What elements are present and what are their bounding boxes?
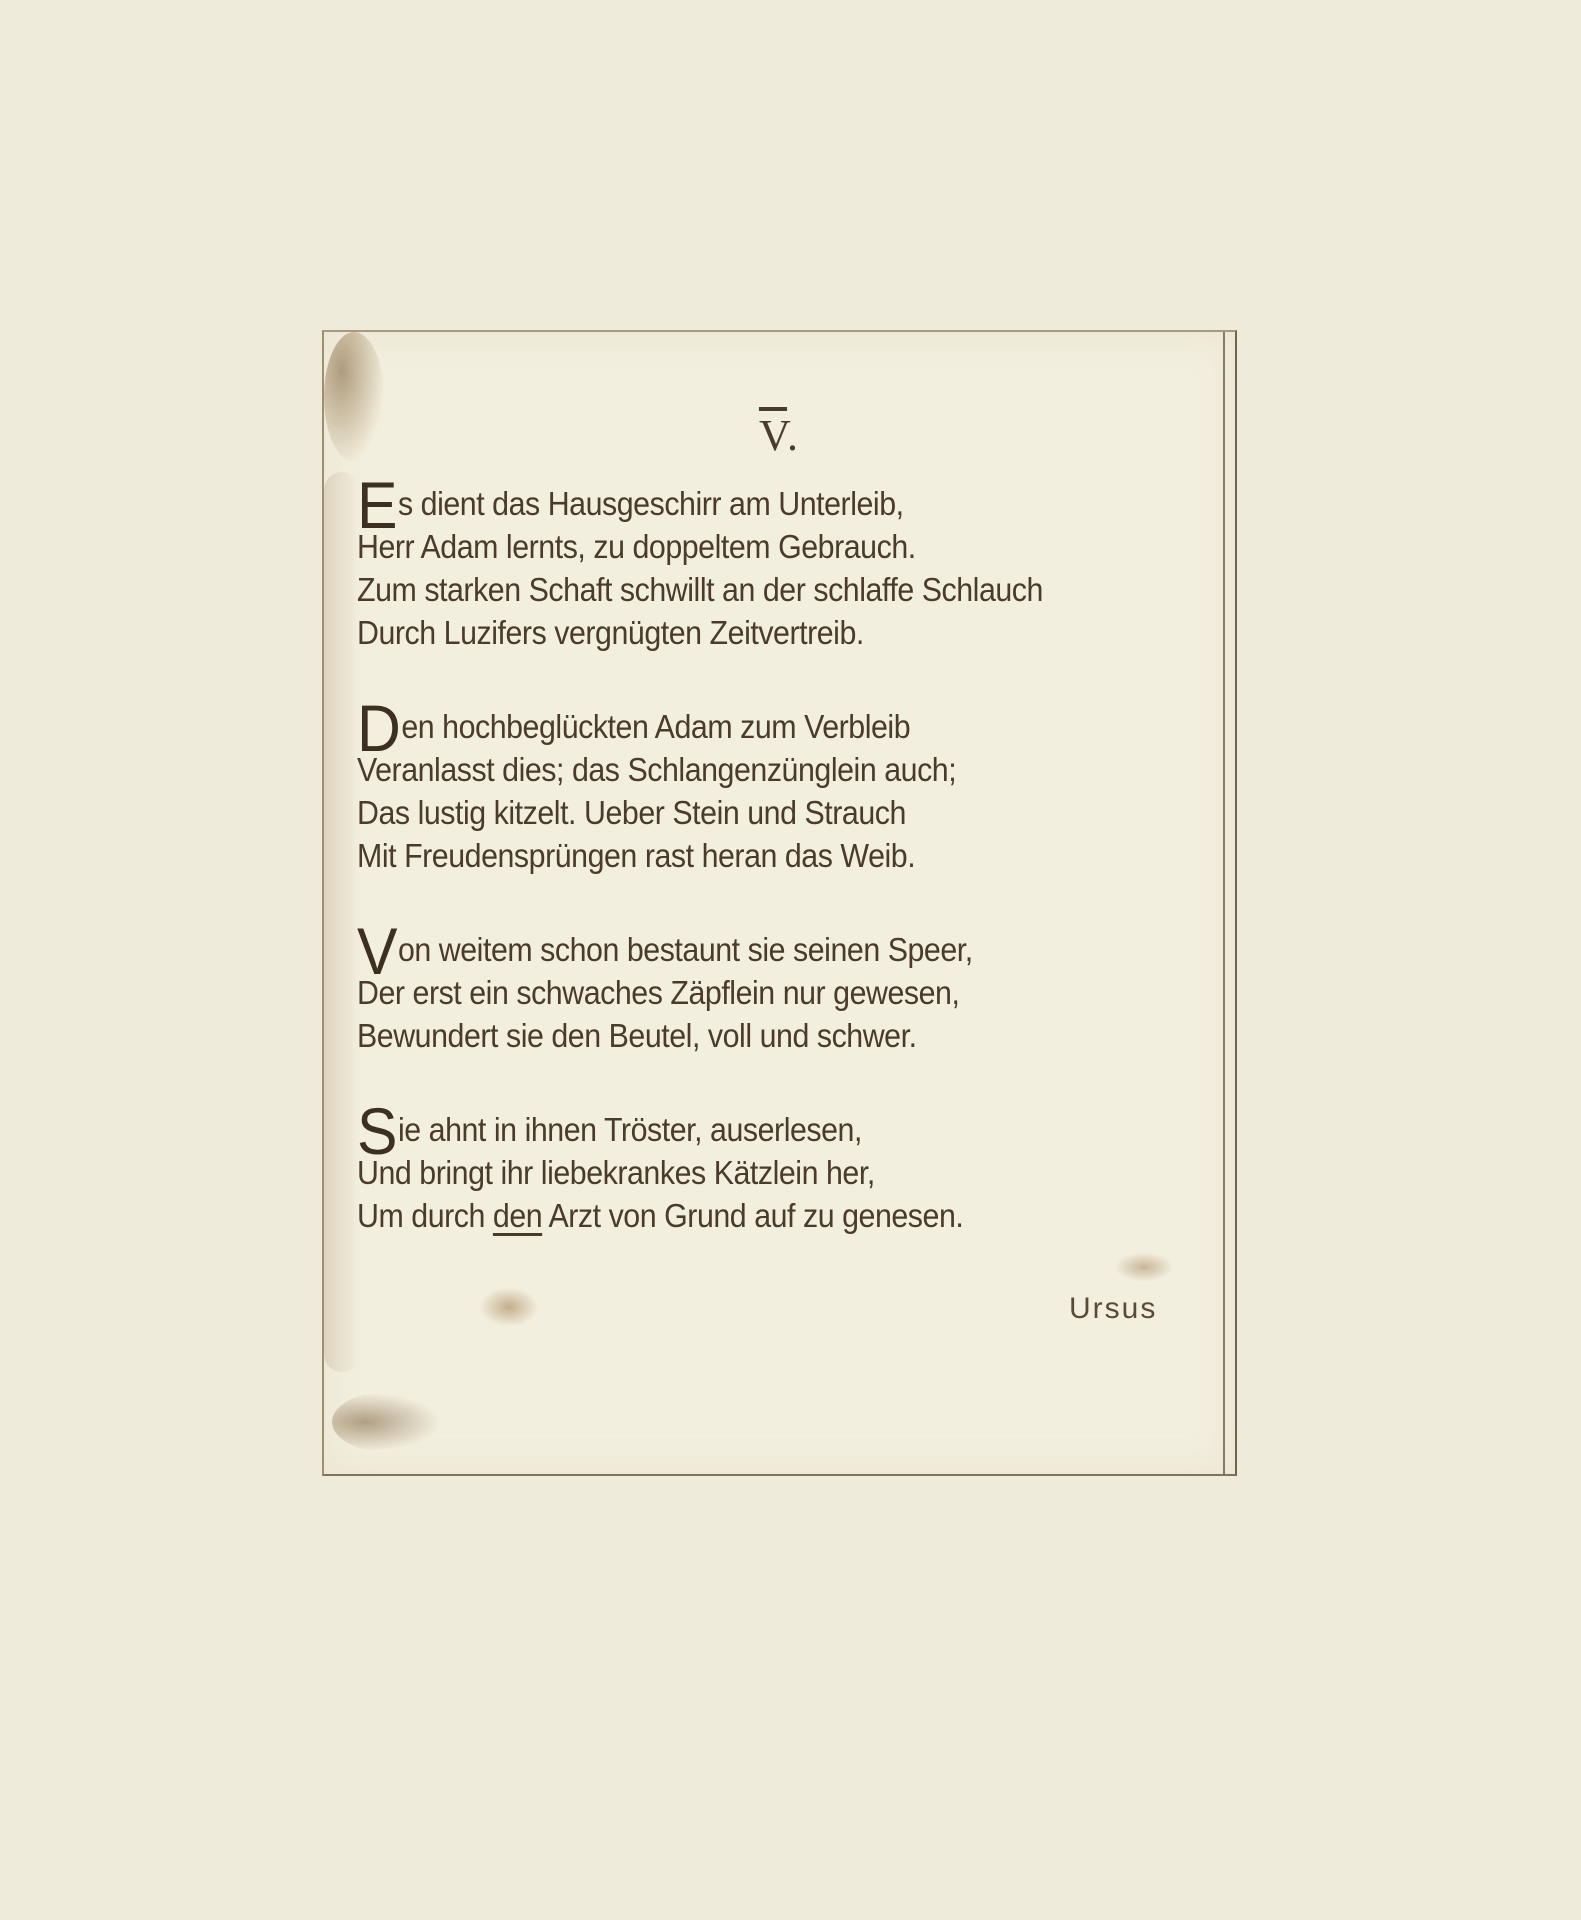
etched-plate: V. Es dient das Hausgeschirr am Unterlei… [322,330,1237,1476]
line-text: en hochbeglückten Adam zum Verbleib [401,708,910,745]
drop-initial: E [357,484,397,527]
stanza-3: Von weitem schon bestaunt sie seinen Spe… [357,928,1148,1057]
poem-line: Bewundert sie den Beutel, voll und schwe… [357,1014,1148,1057]
poem-line: Zum starken Schaft schwillt an der schla… [357,568,1148,611]
section-numeral: V. [324,410,1235,461]
poem-line: Mit Freudensprüngen rast heran das Weib. [357,834,1148,877]
poem-line: Herr Adam lernts, zu doppeltem Gebrauch. [357,525,1148,568]
poem-line: Um durch den Arzt von Grund auf zu genes… [357,1194,1148,1237]
drop-initial: D [357,707,400,750]
plate-stain-bottom-left [332,1392,442,1452]
drop-initial: V [357,930,397,973]
poem-line: Und bringt ihr liebekrankes Kätzlein her… [357,1151,1148,1194]
paper-sheet: V. Es dient das Hausgeschirr am Unterlei… [0,0,1581,1920]
line-text: s dient das Hausgeschirr am Unterleib, [398,485,904,522]
line-text: Das lustig kitzelt. Ueber Stein und Stra… [357,794,906,831]
poem-line: Den hochbeglückten Adam zum Verbleib [357,705,1148,748]
line-text: Zum starken Schaft schwillt an der schla… [357,571,1043,608]
poem-line: Durch Luzifers vergnügten Zeitvertreib. [357,611,1148,654]
line-text: Veranlasst dies; das Schlangenzünglein a… [357,751,956,788]
line-text: Und bringt ihr liebekrankes Kätzlein her… [357,1154,875,1191]
underlined-word: den [493,1197,542,1234]
poem-line: Es dient das Hausgeschirr am Unterleib, [357,482,1148,525]
line-text: Mit Freudensprüngen rast heran das Weib. [357,837,915,874]
poem-line: Veranlasst dies; das Schlangenzünglein a… [357,748,1148,791]
line-text: Herr Adam lernts, zu doppeltem Gebrauch. [357,528,916,565]
plate-inner-rule [1223,332,1225,1474]
plate-stain-lower-middle [479,1287,539,1327]
numeral-text: V [759,411,787,460]
poem-line: Der erst ein schwaches Zäpflein nur gewe… [357,971,1148,1014]
poem-line: Das lustig kitzelt. Ueber Stein und Stra… [357,791,1148,834]
line-text: ie ahnt in ihnen Tröster, auserlesen, [398,1111,862,1148]
poem-line: Von weitem schon bestaunt sie seinen Spe… [357,928,1148,971]
poem: Es dient das Hausgeschirr am Unterleib, … [357,482,1148,1288]
line-text: Bewundert sie den Beutel, voll und schwe… [357,1017,917,1054]
line-text: Durch Luzifers vergnügten Zeitvertreib. [357,614,864,651]
line-text: Der erst ein schwaches Zäpflein nur gewe… [357,974,959,1011]
stanza-4: Sie ahnt in ihnen Tröster, auserlesen, U… [357,1108,1148,1237]
line-text: on weitem schon bestaunt sie seinen Spee… [398,931,973,968]
plate-stain-left-edge [324,472,360,1372]
stanza-1: Es dient das Hausgeschirr am Unterleib, … [357,482,1148,654]
line-text-pre: Um durch [357,1197,493,1234]
artist-signature: Ursus [1069,1292,1157,1326]
line-text-post: Arzt von Grund auf zu genesen. [542,1197,963,1234]
stanza-2: Den hochbeglückten Adam zum Verbleib Ver… [357,705,1148,877]
drop-initial: S [357,1110,397,1153]
poem-line: Sie ahnt in ihnen Tröster, auserlesen, [357,1108,1148,1151]
numeral-punct: . [787,411,800,460]
